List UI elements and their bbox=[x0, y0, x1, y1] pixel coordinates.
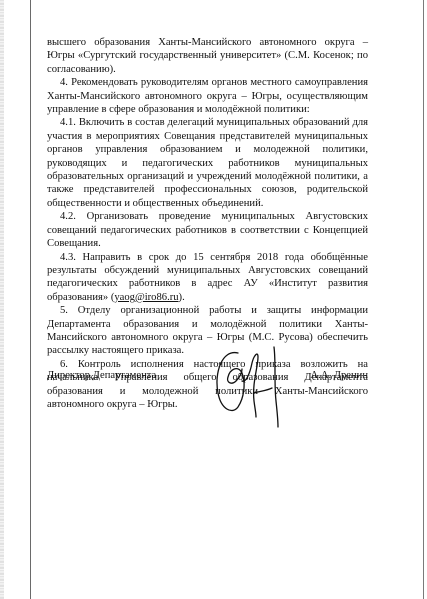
page-border-right bbox=[423, 0, 424, 599]
paragraph-item-6: 6. Контроль исполнения настоящего приказ… bbox=[47, 358, 368, 412]
paragraph-item-4-1: 4.1. Включить в состав делегаций муницип… bbox=[47, 116, 368, 210]
paragraph-item-4-2: 4.2. Организовать проведение муниципальн… bbox=[47, 210, 368, 250]
signature-row: Директор Департамента А.А. Дренин bbox=[47, 369, 368, 383]
paragraph-item-4: 4. Рекомендовать руководителям органов м… bbox=[47, 76, 368, 116]
document-body: высшего образования Ханты-Мансийского ав… bbox=[47, 36, 368, 411]
email-link[interactable]: yaog@iro86.ru bbox=[114, 292, 178, 303]
signer-name: А.А. Дренин bbox=[311, 369, 368, 382]
scan-edge-artifact bbox=[0, 0, 4, 599]
paragraph-item-4-3-text: 4.3. Направить в срок до 15 сентября 201… bbox=[47, 252, 368, 303]
paragraph-item-4-3-tail: ). bbox=[179, 292, 185, 303]
signer-position: Директор Департамента bbox=[47, 369, 156, 382]
paragraph-continuation: высшего образования Ханты-Мансийского ав… bbox=[47, 36, 368, 76]
handwritten-signature bbox=[212, 343, 292, 433]
paragraph-item-4-3: 4.3. Направить в срок до 15 сентября 201… bbox=[47, 251, 368, 305]
page-border-left bbox=[30, 0, 31, 599]
paragraph-item-5: 5. Отделу организационной работы и защит… bbox=[47, 304, 368, 358]
